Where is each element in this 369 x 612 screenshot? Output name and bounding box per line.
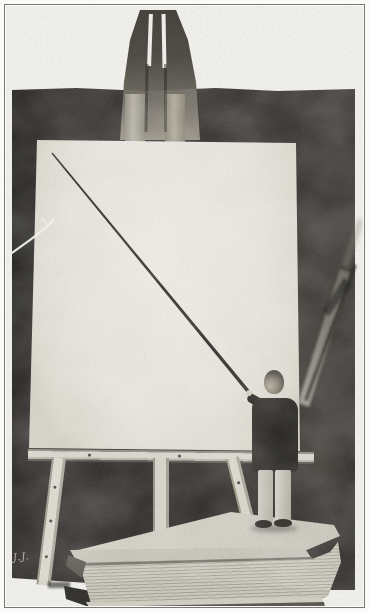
man-head (264, 370, 284, 394)
engraver-signature: J.J. (12, 551, 30, 564)
man-trouser-leg (275, 470, 291, 522)
man-shoe (255, 520, 272, 528)
man-figure (6, 6, 363, 606)
antique-photo-page: J.J. (0, 0, 369, 612)
man-shoe (274, 519, 292, 527)
man-trouser-leg (258, 470, 273, 522)
man-jacket (252, 398, 298, 472)
man-hand (246, 390, 252, 396)
photograph: J.J. (6, 6, 363, 606)
